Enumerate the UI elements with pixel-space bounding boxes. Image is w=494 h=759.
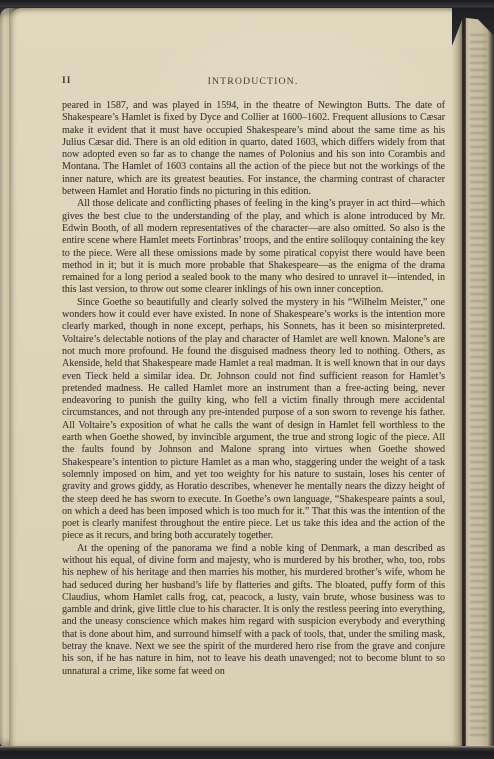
paragraph-4: At the opening of the panorama we find a… bbox=[62, 543, 445, 678]
facing-page-blurred-text bbox=[470, 34, 487, 741]
scanner-band-bottom bbox=[0, 746, 494, 759]
gutter-fold-shadow bbox=[452, 8, 468, 747]
paragraph-2: All those delicate and conflicting phase… bbox=[62, 198, 445, 296]
scanner-band-top bbox=[0, 0, 494, 8]
facing-page-edge bbox=[466, 0, 494, 759]
page-header: II INTRODUCTION. bbox=[62, 76, 444, 90]
running-header: INTRODUCTION. bbox=[62, 76, 444, 87]
page-body-text: peared in 1587, and was played in 1594, … bbox=[62, 100, 445, 678]
book-page: II INTRODUCTION. peared in 1587, and was… bbox=[10, 8, 462, 747]
paragraph-3: Since Goethe so beautifully and clearly … bbox=[62, 297, 445, 543]
paragraph-1: peared in 1587, and was played in 1594, … bbox=[62, 100, 445, 198]
book-page-scan: II INTRODUCTION. peared in 1587, and was… bbox=[0, 0, 494, 759]
